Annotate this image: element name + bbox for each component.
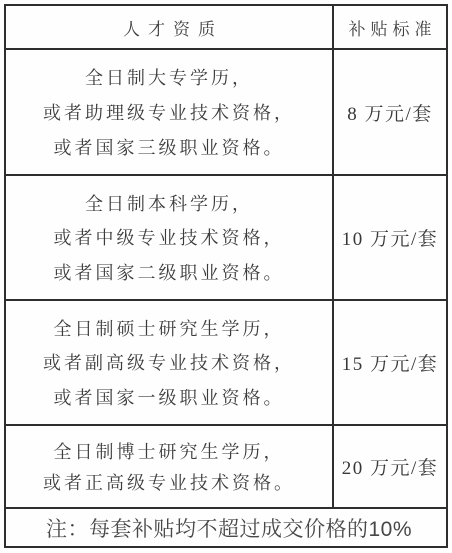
qualification-line: 全日制硕士研究生学历，: [54, 315, 285, 341]
qualification-line: 全日制博士研究生学历，: [54, 438, 285, 464]
qualification-line: 全日制本科学历，: [85, 190, 253, 216]
qualification-cell: 全日制硕士研究生学历， 或者副高级专业技术资格， 或者国家一级职业资格。: [6, 301, 334, 424]
table-header-row: 人才资质 补贴标准: [6, 6, 446, 48]
qualification-line: 或者国家三级职业资格。: [54, 134, 285, 160]
qualification-line: 或者助理级专业技术资格，: [43, 99, 295, 125]
header-subsidy-standard: 补贴标准: [334, 6, 446, 48]
qualification-line: 或者国家二级职业资格。: [54, 259, 285, 285]
qualification-line: 或者中级专业技术资格，: [54, 224, 285, 250]
qualification-cell: 全日制本科学历， 或者中级专业技术资格， 或者国家二级职业资格。: [6, 176, 334, 299]
table-row: 全日制博士研究生学历， 或者正高级专业技术资格。 20 万元/套: [6, 424, 446, 507]
subsidy-amount: 15 万元/套: [334, 301, 446, 424]
qualification-line: 或者副高级专业技术资格，: [43, 349, 295, 375]
table-row: 全日制硕士研究生学历， 或者副高级专业技术资格， 或者国家一级职业资格。 15 …: [6, 299, 446, 424]
qualification-line: 全日制大专学历，: [85, 64, 253, 90]
subsidy-amount: 8 万元/套: [334, 50, 446, 174]
qualification-line: 或者国家一级职业资格。: [54, 384, 285, 410]
header-qualification: 人才资质: [6, 6, 334, 48]
subsidy-table: 人才资质 补贴标准 全日制大专学历， 或者助理级专业技术资格， 或者国家三级职业…: [4, 4, 448, 548]
qualification-cell: 全日制大专学历， 或者助理级专业技术资格， 或者国家三级职业资格。: [6, 50, 334, 174]
qualification-cell: 全日制博士研究生学历， 或者正高级专业技术资格。: [6, 426, 334, 507]
qualification-line: 或者正高级专业技术资格。: [43, 469, 295, 495]
subsidy-amount: 20 万元/套: [334, 426, 446, 507]
table-row: 全日制大专学历， 或者助理级专业技术资格， 或者国家三级职业资格。 8 万元/套: [6, 48, 446, 174]
subsidy-amount: 10 万元/套: [334, 176, 446, 299]
page: 人才资质 补贴标准 全日制大专学历， 或者助理级专业技术资格， 或者国家三级职业…: [0, 0, 452, 553]
table-row: 全日制本科学历， 或者中级专业技术资格， 或者国家二级职业资格。 10 万元/套: [6, 174, 446, 299]
note-text: 注：每套补贴均不超过成交价格的10%: [6, 513, 412, 543]
table-note-row: 注：每套补贴均不超过成交价格的10%: [6, 507, 446, 546]
